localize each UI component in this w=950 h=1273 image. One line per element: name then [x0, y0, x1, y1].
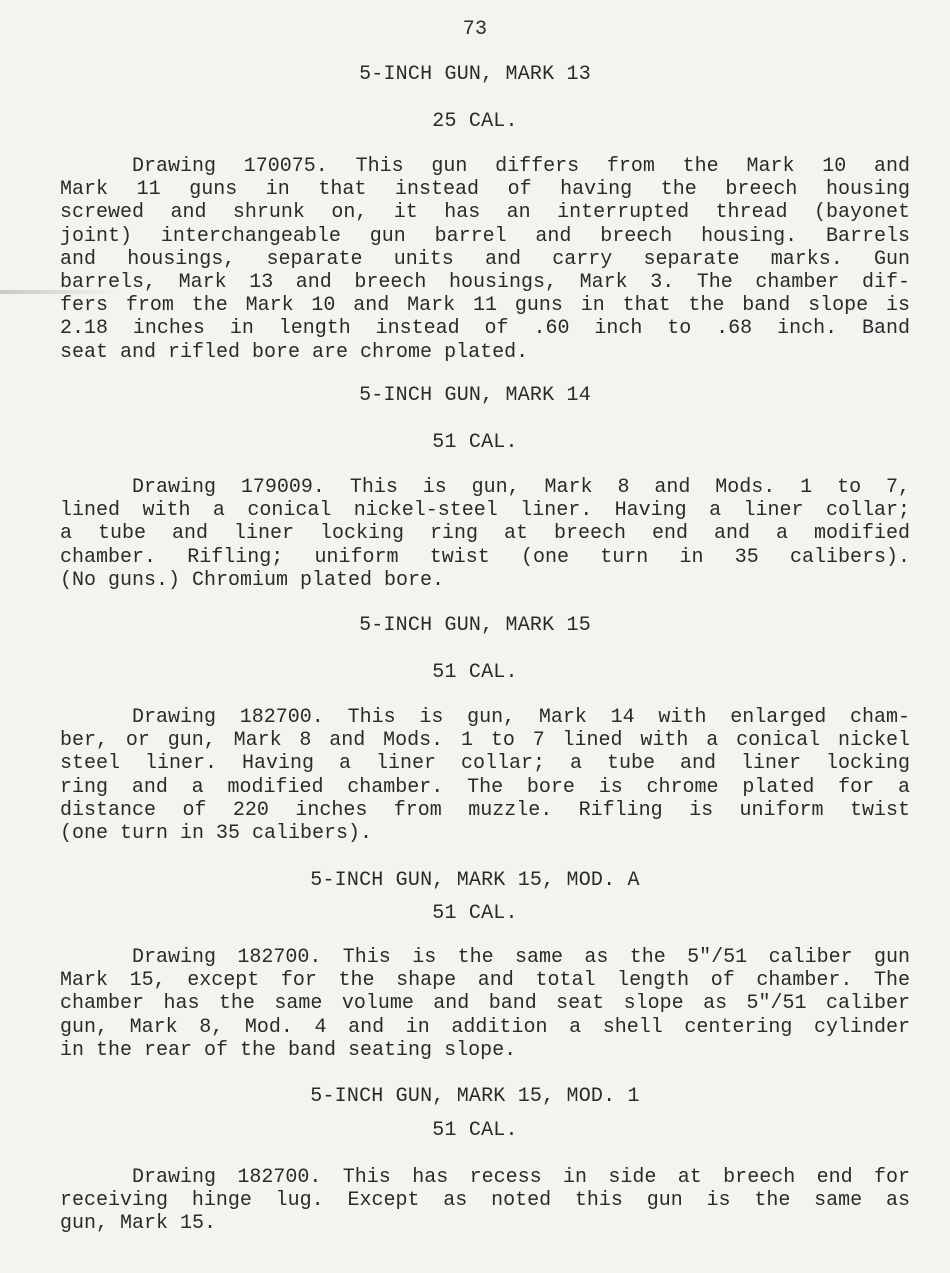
section-caliber: 51 CAL.	[0, 1119, 950, 1142]
text-line: chamber has the same volume and band sea…	[60, 992, 910, 1015]
section-caliber: 51 CAL.	[0, 902, 950, 925]
section-caliber: 51 CAL.	[0, 661, 950, 684]
section-body: Drawing 182700. This is gun, Mark 14 wit…	[60, 706, 910, 845]
section-heading: 5-INCH GUN, MARK 15, MOD. A	[0, 869, 950, 892]
text-line: fers from the Mark 10 and Mark 11 guns i…	[60, 294, 910, 317]
section-body: Drawing 182700. This has recess in side …	[60, 1166, 910, 1236]
text-line: seat and rifled bore are chrome plated.	[60, 341, 910, 364]
text-line: a tube and liner locking ring at breech …	[60, 522, 910, 545]
text-line: (one turn in 35 calibers).	[60, 822, 910, 845]
text-line: Drawing 182700. This has recess in side …	[60, 1166, 910, 1189]
text-line: joint) interchangeable gun barrel and br…	[60, 225, 910, 248]
text-line: Drawing 170075. This gun differs from th…	[60, 155, 910, 178]
section-heading: 5-INCH GUN, MARK 15	[0, 614, 950, 637]
document-page: 73 5-INCH GUN, MARK 13 25 CAL. Drawing 1…	[0, 0, 950, 1273]
text-line: chamber. Rifling; uniform twist (one tur…	[60, 546, 910, 569]
text-line: 2.18 inches in length instead of .60 inc…	[60, 317, 910, 340]
section-caliber: 51 CAL.	[0, 431, 950, 454]
text-line: steel liner. Having a liner collar; a tu…	[60, 752, 910, 775]
text-line: ring and a modified chamber. The bore is…	[60, 776, 910, 799]
text-line: ber, or gun, Mark 8 and Mods. 1 to 7 lin…	[60, 729, 910, 752]
section-heading: 5-INCH GUN, MARK 13	[0, 63, 950, 86]
text-line: gun, Mark 8, Mod. 4 and in addition a sh…	[60, 1016, 910, 1039]
section-heading: 5-INCH GUN, MARK 15, MOD. 1	[0, 1085, 950, 1108]
text-line: barrels, Mark 13 and breech housings, Ma…	[60, 271, 910, 294]
text-line: lined with a conical nickel-steel liner.…	[60, 499, 910, 522]
text-line: Mark 11 guns in that instead of having t…	[60, 178, 910, 201]
section-body: Drawing 182700. This is the same as the …	[60, 946, 910, 1062]
text-line: Drawing 179009. This is gun, Mark 8 and …	[60, 476, 910, 499]
section-caliber: 25 CAL.	[0, 110, 950, 133]
text-line: Mark 15, except for the shape and total …	[60, 969, 910, 992]
text-line: and housings, separate units and carry s…	[60, 248, 910, 271]
text-line: Drawing 182700. This is gun, Mark 14 wit…	[60, 706, 910, 729]
page-number: 73	[0, 18, 950, 41]
text-line: gun, Mark 15.	[60, 1212, 910, 1235]
text-line: distance of 220 inches from muzzle. Rifl…	[60, 799, 910, 822]
section-body: Drawing 170075. This gun differs from th…	[60, 155, 910, 364]
text-line: screwed and shrunk on, it has an interru…	[60, 201, 910, 224]
text-line: Drawing 182700. This is the same as the …	[60, 946, 910, 969]
section-heading: 5-INCH GUN, MARK 14	[0, 384, 950, 407]
text-line: receiving hinge lug. Except as noted thi…	[60, 1189, 910, 1212]
section-body: Drawing 179009. This is gun, Mark 8 and …	[60, 476, 910, 592]
text-line: in the rear of the band seating slope.	[60, 1039, 910, 1062]
text-line: (No guns.) Chromium plated bore.	[60, 569, 910, 592]
